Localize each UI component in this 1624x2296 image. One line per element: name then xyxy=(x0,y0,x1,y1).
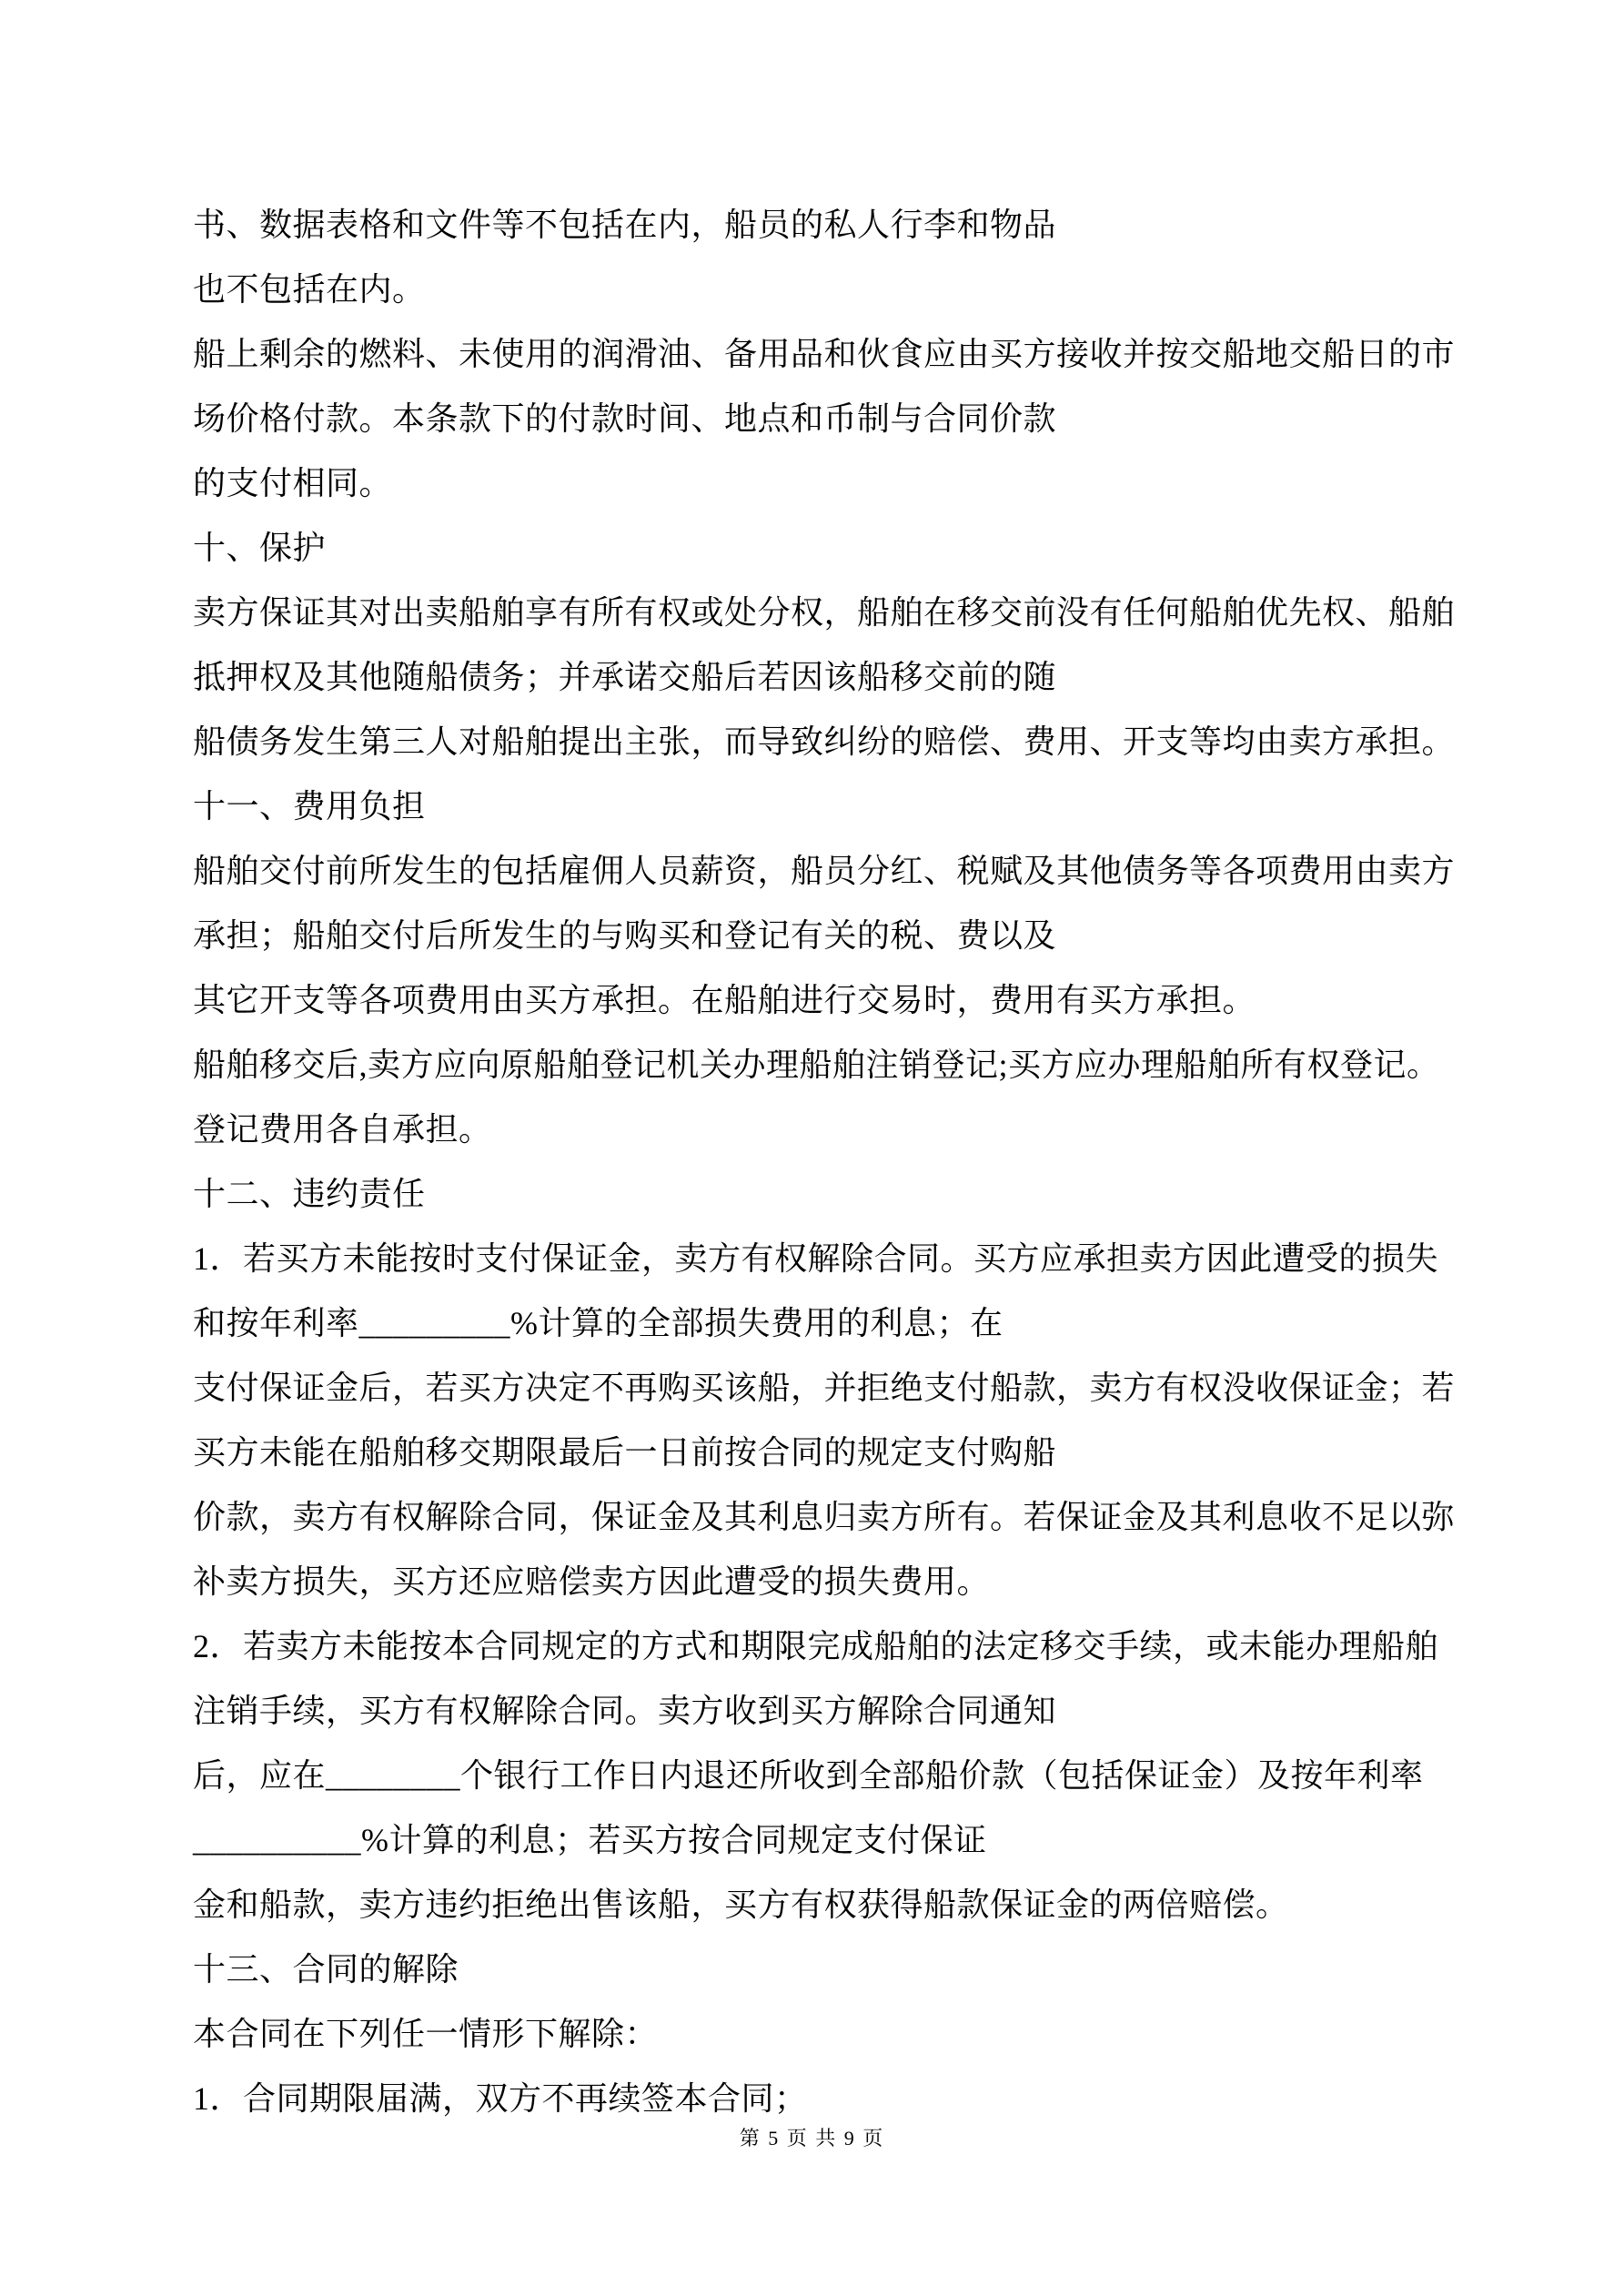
contract-line: 也不包括在内。 xyxy=(193,258,1467,322)
contract-line: 承担；船舶交付后所发生的与购买和登记有关的税、费以及 xyxy=(193,904,1467,968)
contract-document-page: 书、数据表格和文件等不包括在内，船员的私人行李和物品也不包括在内。船上剩余的燃料… xyxy=(0,0,1624,2296)
contract-line: 买方未能在船舶移交期限最后一日前按合同的规定支付购船 xyxy=(193,1421,1467,1485)
contract-line: 支付保证金后，若买方决定不再购买该船，并拒绝支付船款，卖方有权没收保证金；若 xyxy=(193,1356,1467,1421)
contract-line: 和按年利率_________%计算的全部损失费用的利息；在 xyxy=(193,1291,1467,1356)
contract-line: 1．合同期限届满，双方不再续签本合同； xyxy=(193,2067,1467,2131)
contract-line: 补卖方损失，买方还应赔偿卖方因此遭受的损失费用。 xyxy=(193,1550,1467,1614)
contract-line: 十、保护 xyxy=(193,516,1467,581)
contract-line: 抵押权及其他随船债务；并承诺交船后若因该船移交前的随 xyxy=(193,645,1467,710)
contract-line: __________%计算的利息；若买方按合同规定支付保证 xyxy=(193,1808,1467,1873)
contract-line: 船舶交付前所发生的包括雇佣人员薪资，船员分红、税赋及其他债务等各项费用由卖方 xyxy=(193,839,1467,904)
contract-line: 的支付相同。 xyxy=(193,451,1467,516)
contract-line: 书、数据表格和文件等不包括在内，船员的私人行李和物品 xyxy=(193,193,1467,258)
contract-line: 十一、费用负担 xyxy=(193,774,1467,839)
contract-line: 十二、违约责任 xyxy=(193,1162,1467,1227)
contract-line: 船舶移交后,卖方应向原船舶登记机关办理船舶注销登记;买方应办理船舶所有权登记。 xyxy=(193,1033,1467,1097)
page-number-footer: 第 5 页 共 9 页 xyxy=(0,2123,1624,2151)
contract-line: 本合同在下列任一情形下解除： xyxy=(193,2002,1467,2067)
contract-line: 后，应在________个银行工作日内退还所收到全部船价款（包括保证金）及按年利… xyxy=(193,1744,1467,1808)
contract-body-text: 书、数据表格和文件等不包括在内，船员的私人行李和物品也不包括在内。船上剩余的燃料… xyxy=(193,193,1467,2131)
contract-line: 金和船款，卖方违约拒绝出售该船，买方有权获得船款保证金的两倍赔偿。 xyxy=(193,1873,1467,1937)
contract-line: 船上剩余的燃料、未使用的润滑油、备用品和伙食应由买方接收并按交船地交船日的市 xyxy=(193,322,1467,387)
contract-line: 注销手续，买方有权解除合同。卖方收到买方解除合同通知 xyxy=(193,1679,1467,1744)
contract-line: 2．若卖方未能按本合同规定的方式和期限完成船舶的法定移交手续，或未能办理船舶 xyxy=(193,1614,1467,1679)
contract-line: 1．若买方未能按时支付保证金，卖方有权解除合同。买方应承担卖方因此遭受的损失 xyxy=(193,1227,1467,1291)
contract-line: 十三、合同的解除 xyxy=(193,1937,1467,2002)
contract-line: 价款，卖方有权解除合同，保证金及其利息归卖方所有。若保证金及其利息收不足以弥 xyxy=(193,1485,1467,1550)
contract-line: 卖方保证其对出卖船舶享有所有权或处分权，船舶在移交前没有任何船舶优先权、船舶 xyxy=(193,581,1467,645)
contract-line: 场价格付款。本条款下的付款时间、地点和币制与合同价款 xyxy=(193,387,1467,451)
contract-line: 船债务发生第三人对船舶提出主张，而导致纠纷的赔偿、费用、开支等均由卖方承担。 xyxy=(193,710,1467,774)
contract-line: 登记费用各自承担。 xyxy=(193,1097,1467,1162)
contract-line: 其它开支等各项费用由买方承担。在船舶进行交易时，费用有买方承担。 xyxy=(193,968,1467,1033)
